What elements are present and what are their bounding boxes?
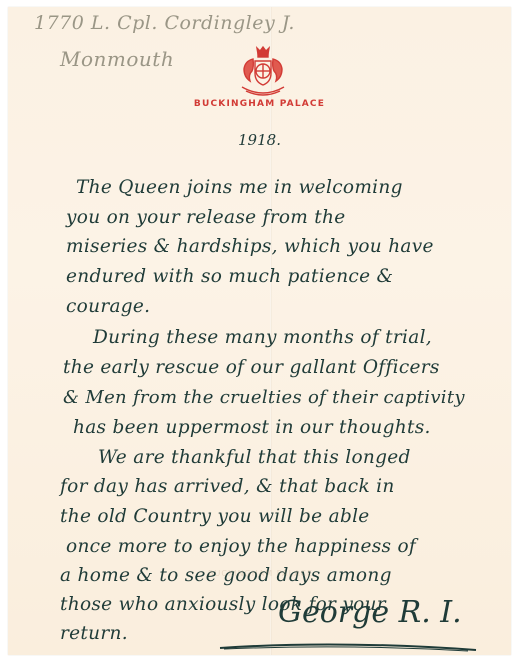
- body-line: endured with so much patience &: [66, 266, 393, 287]
- body-line: once more to enjoy the happiness of: [66, 536, 416, 557]
- body-line: return.: [60, 623, 128, 644]
- body-line: has been uppermost in our thoughts.: [73, 417, 431, 438]
- pencil-annotation-place: Monmouth: [60, 47, 174, 71]
- letterhead-title: BUCKINGHAM PALACE: [8, 99, 511, 109]
- signature-underline-flourish: [218, 640, 478, 654]
- body-line: During these many months of trial,: [93, 327, 432, 348]
- body-line: courage.: [66, 296, 150, 317]
- body-line: We are thankful that this longed: [98, 447, 411, 468]
- royal-coat-of-arms-icon: [236, 45, 290, 99]
- body-line: you on your release from the: [66, 207, 346, 228]
- signature: George R. I.: [278, 595, 462, 630]
- body-line: for day has arrived, & that back in: [60, 476, 395, 497]
- body-line: the early rescue of our gallant Officers: [63, 357, 440, 378]
- reverse-showthrough: BUCKINGHAM PALACE: [208, 569, 313, 578]
- pencil-annotation-name: 1770 L. Cpl. Cordingley J.: [34, 12, 295, 34]
- body-line: miseries & hardships, which you have: [66, 236, 434, 257]
- body-line: The Queen joins me in welcoming: [76, 177, 403, 198]
- body-line: the old Country you will be able: [60, 506, 370, 527]
- letter-page: 1770 L. Cpl. Cordingley J. Monmouth BUCK…: [8, 7, 511, 655]
- body-line: & Men from the cruelties of their captiv…: [63, 387, 465, 408]
- letter-date: 1918.: [8, 131, 511, 149]
